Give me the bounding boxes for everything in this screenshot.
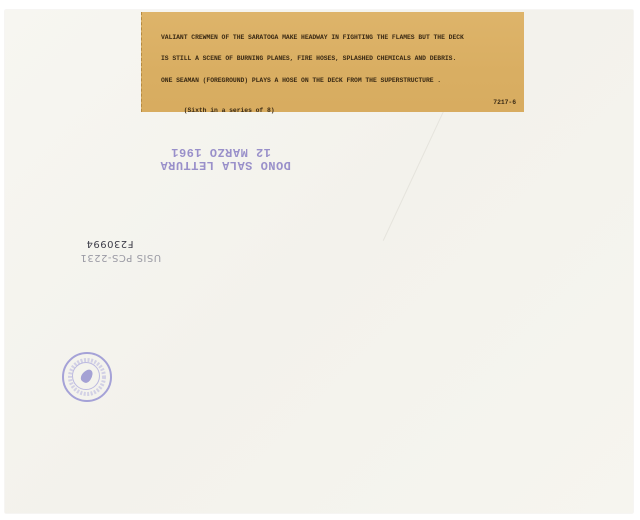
stamp-line: DONO SALA LETTURA <box>160 158 291 171</box>
stamp-line: 12 MARZO 1961 <box>160 145 291 158</box>
handwritten-line: F230994 <box>80 236 161 250</box>
caption-line: ONE SEAMAN (FOREGROUND) PLAYS A HOSE ON … <box>161 77 516 84</box>
caption-footer: (Sixth in a series of 8) 7217-6 <box>161 99 516 128</box>
caption-text: VALIANT CREWMEN OF THE SARATOGA MAKE HEA… <box>161 19 516 143</box>
caption-line: VALIANT CREWMEN OF THE SARATOGA MAKE HEA… <box>161 34 516 41</box>
handwritten-line: USIS PCS-2231 <box>80 252 161 263</box>
ink-seal <box>62 352 112 402</box>
series-note: (Sixth in a series of 8) <box>184 107 275 114</box>
seal-emblem-icon <box>79 367 95 384</box>
reference-number: 7217-6 <box>493 99 516 106</box>
seal-inner-ring <box>72 362 100 390</box>
library-stamp: DONO SALA LETTURA12 MARZO 1961 <box>160 145 291 171</box>
handwritten-notes: USIS PCS-2231 F230994 <box>80 236 161 264</box>
caption-line: IS STILL A SCENE OF BURNING PLANES, FIRE… <box>161 55 516 62</box>
caption-label: VALIANT CREWMEN OF THE SARATOGA MAKE HEA… <box>141 12 524 112</box>
